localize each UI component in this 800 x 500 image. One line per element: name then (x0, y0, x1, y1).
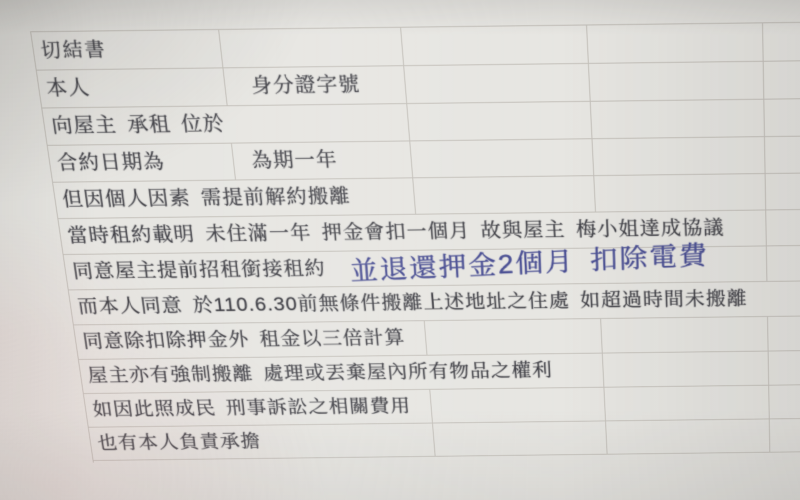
cell-title: 切結書 (31, 30, 223, 70)
cell-text-personal-liability: 也有本人負責承擔 (89, 426, 263, 460)
cell-text-contract-date: 合約日期為 (48, 144, 167, 181)
document-photo: 切結書 本人 身分證字號 向屋主 承租 位於 (0, 0, 800, 500)
cell-text-relet-consent: 同意屋主提前招租銜接租約 (64, 252, 328, 290)
cell-text-one-year-term: 為期一年 (232, 142, 339, 179)
document-title: 切結書 (31, 31, 109, 69)
cell-text-landlord-rent: 向屋主 承租 位於 (42, 106, 226, 145)
cell-text-self: 本人 (37, 70, 93, 108)
cell-text-litigation-costs: 如因此照成民 刑事訴訟之相關費用 (84, 390, 412, 427)
cell-text-triple-rent: 同意除扣除押金外 租金以三倍計算 (74, 321, 407, 359)
affidavit-sheet: 切結書 本人 身分證字號 向屋主 承租 位於 (30, 21, 800, 463)
cell-text-forced-removal: 屋主亦有強制搬離 處理或丟棄屋內所有物品之權利 (79, 354, 554, 393)
cell-text-id-number-label: 身分證字號 (223, 67, 361, 106)
cell-text-early-termination: 但因個人因素 需提前解約搬離 (53, 179, 352, 218)
